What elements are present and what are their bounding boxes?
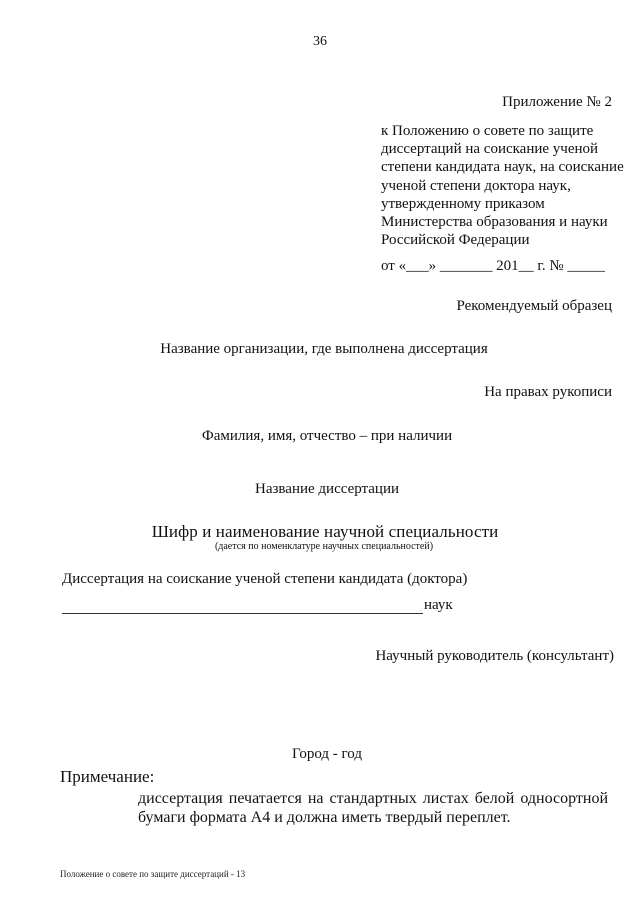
- appendix-reference-line: ученой степени доктора наук,: [381, 177, 624, 195]
- manuscript-rights: На правах рукописи: [484, 384, 612, 401]
- sciences-blank-underline: [62, 599, 423, 614]
- appendix-reference-line: Российской Федерации: [381, 231, 624, 249]
- page-number: 36: [0, 34, 640, 50]
- specialty-title: Шифр и наименование научной специальност…: [0, 522, 640, 542]
- appendix-reference: к Положению о совете по защите диссертац…: [381, 122, 624, 249]
- sciences-suffix: наук: [424, 597, 453, 614]
- appendix-reference-line: степени кандидата наук, на соискание: [381, 158, 624, 176]
- appendix-reference-line: утвержденному приказом: [381, 195, 624, 213]
- appendix-reference-line: Министерства образования и науки: [381, 213, 624, 231]
- supervisor: Научный руководитель (консультант): [375, 648, 614, 665]
- sample-label: Рекомендуемый образец: [456, 298, 612, 315]
- appendix-reference-line: к Положению о совете по защите: [381, 122, 624, 140]
- note-body: диссертация печатается на стандартных ли…: [138, 789, 608, 827]
- organization-name: Название организации, где выполнена дисс…: [0, 341, 640, 358]
- specialty-note: (дается по номенклатуре научных специаль…: [0, 541, 640, 552]
- appendix-reference-line: диссертаций на соискание ученой: [381, 140, 624, 158]
- sciences-line: наук: [62, 597, 453, 614]
- dissertation-title: Название диссертации: [0, 481, 640, 498]
- note-line: бумаги формата А4 и должна иметь твердый…: [138, 809, 511, 826]
- appendix-title: Приложение № 2: [502, 94, 612, 111]
- note-line: диссертация печатается на стандартных ли…: [138, 789, 608, 808]
- author-name: Фамилия, имя, отчество – при наличии: [0, 428, 640, 445]
- degree-line: Диссертация на соискание ученой степени …: [62, 571, 467, 588]
- note-label: Примечание:: [60, 767, 154, 787]
- order-date-number-line: от «___» _______ 201__ г. № _____: [381, 258, 605, 275]
- city-year: Город - год: [0, 746, 640, 763]
- footer: Положение о совете по защите диссертаций…: [60, 869, 245, 879]
